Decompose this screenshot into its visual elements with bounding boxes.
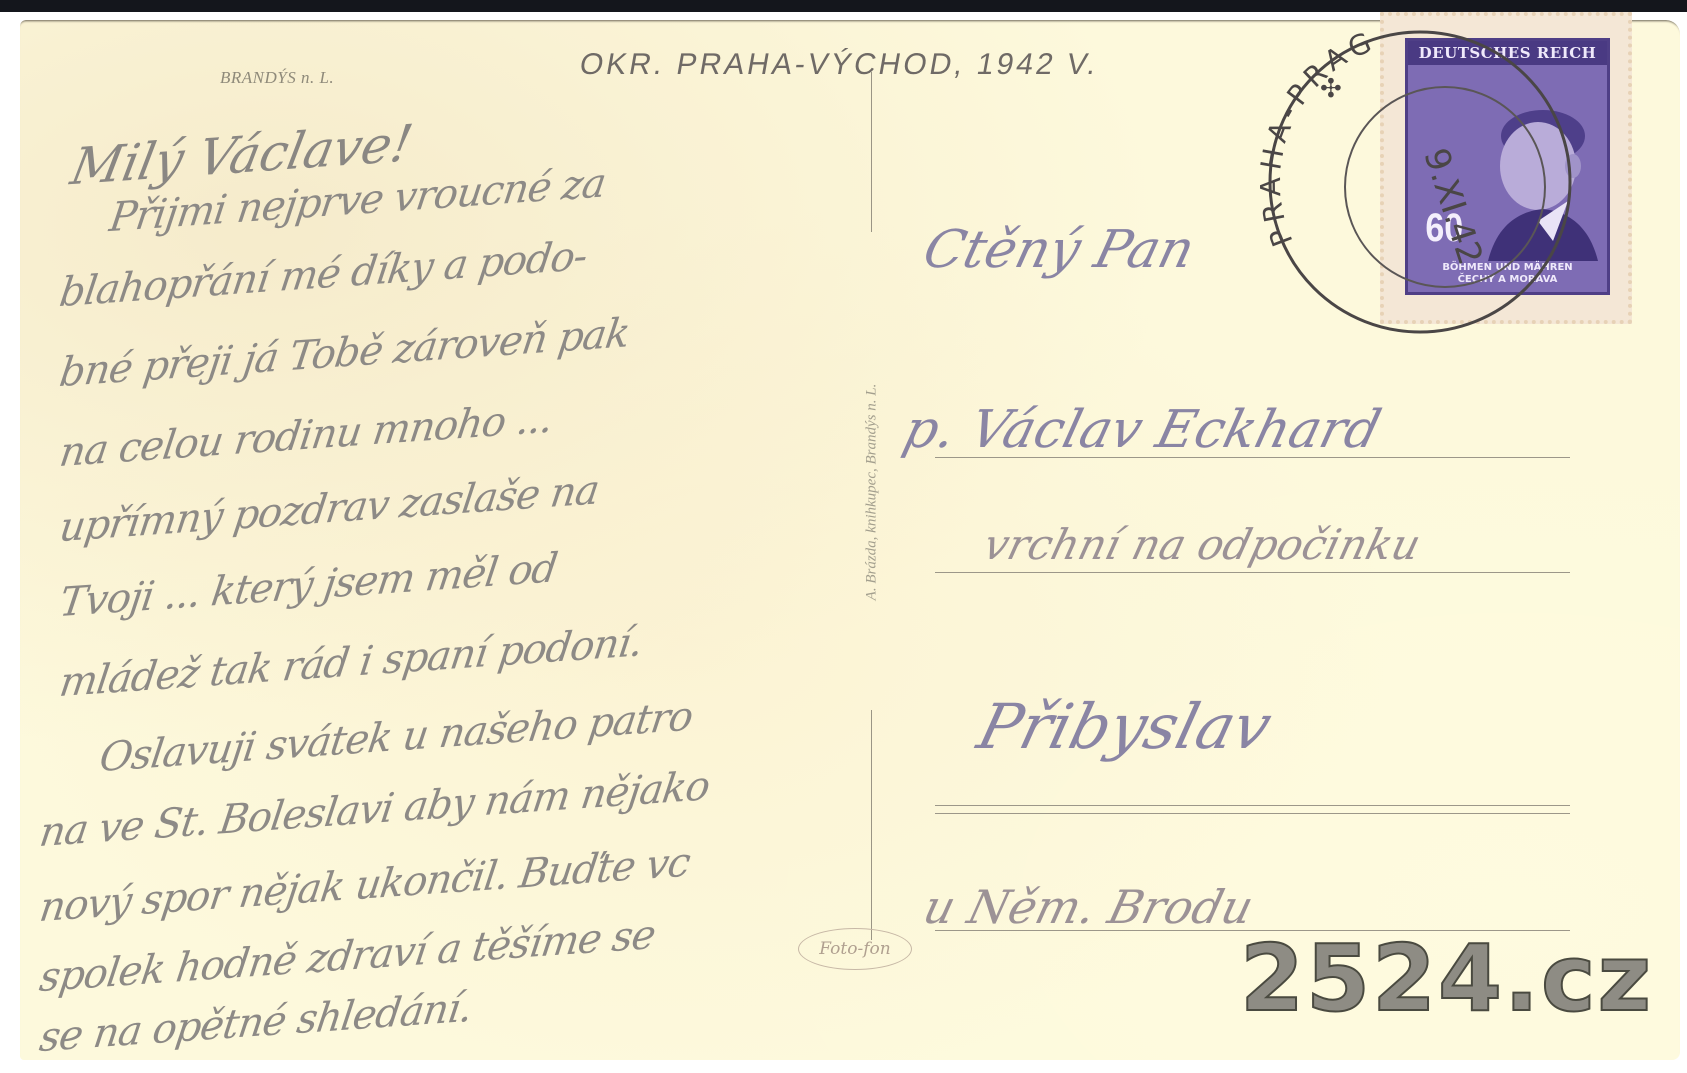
foto-fon-logo: Foto-fon (798, 928, 912, 970)
message-line: bné přeji já Tobě zároveň pak (57, 310, 632, 396)
stamp-issuer: BÖHMEN UND MÄHREN ČECHY A MORAVA (1408, 262, 1607, 286)
message-line: mládež tak rád i spaní podoní. (57, 619, 645, 706)
address-line (935, 813, 1570, 814)
message-line: spolek hodně zdraví a těšíme se (37, 912, 658, 1002)
printed-place-name: BRANDÝS n. L. (220, 68, 334, 88)
publisher-imprint: A. Brázda, knihkupec, Brandýs n. L. (864, 384, 881, 601)
postage-stamp: DEUTSCHES REICH 60 BÖHMEN UND MÄHREN ČEC… (1405, 38, 1610, 295)
message-line: Tvoji ... který jsem měl od (57, 545, 560, 626)
message-line: Oslavuji svátek u našeho patro (97, 693, 696, 781)
address-city: Přibyslav (971, 690, 1279, 763)
divider-line (871, 710, 872, 940)
svg-text:PRAHA-PRAG: PRAHA-PRAG (1260, 24, 1381, 251)
postmark-star-icon: ✣ (1320, 74, 1342, 104)
address-line (935, 805, 1570, 806)
archive-note: OKR. PRAHA-VÝCHOD, 1942 V. (577, 48, 1102, 82)
address-name: p. Václav Eckhard (898, 400, 1387, 460)
address-occupation: vrchní na odpočinku (979, 520, 1426, 569)
message-line: blahopřání mé díky a podo- (57, 233, 590, 316)
portrait-icon (1468, 81, 1598, 261)
scan-top-border (0, 0, 1687, 12)
postcard: BRANDÝS n. L. OKR. PRAHA-VÝCHOD, 1942 V.… (20, 20, 1680, 1060)
divider-line (871, 72, 872, 232)
address-line (935, 572, 1570, 573)
stamp-issuer-line: ČECHY A MORAVA (1408, 274, 1607, 286)
watermark: 2524.cz (1240, 925, 1653, 1032)
address-salutation: Ctěný Pan (918, 220, 1201, 280)
message-line: upřímný pozdrav zaslaše na (57, 467, 602, 551)
postmark-ring-text: PRAHA-PRAG (1260, 24, 1381, 251)
address-line (935, 457, 1570, 458)
address-region: u Něm. Brodu (918, 880, 1259, 934)
stamp-value: 60 (1425, 206, 1463, 251)
message-line: na celou rodinu mnoho ... (57, 395, 555, 476)
stamp-country: DEUTSCHES REICH (1408, 41, 1607, 65)
stamp-issuer-line: BÖHMEN UND MÄHREN (1408, 262, 1607, 274)
